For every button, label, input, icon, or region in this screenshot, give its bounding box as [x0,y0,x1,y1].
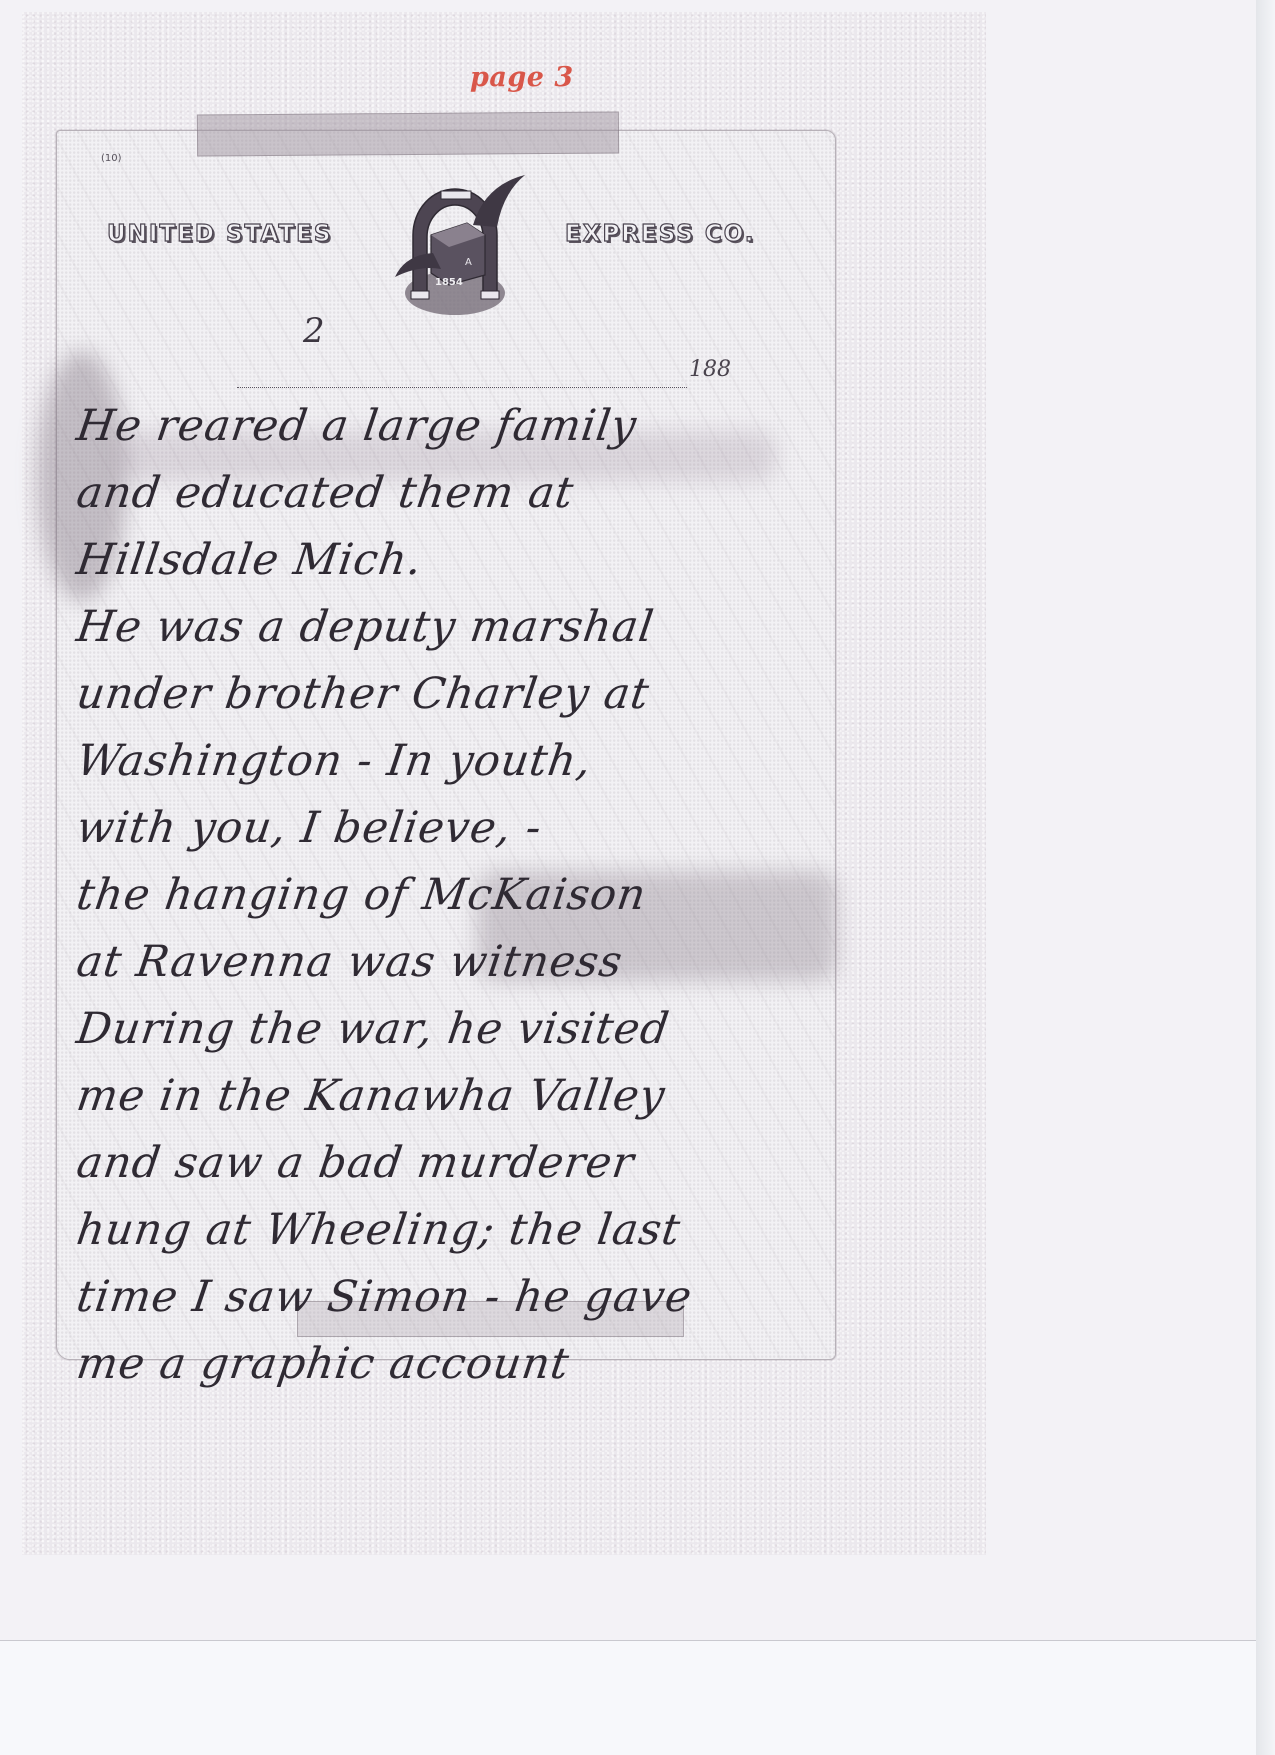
svg-text:A: A [465,257,472,268]
handwritten-line: During the war, he visited [72,996,821,1063]
letterhead-right: EXPRESS CO. [565,221,756,247]
photocopy-area: page 3 (10) UNITED STATES A [22,12,986,1555]
handwritten-line: hung at Wheeling; the last [72,1197,821,1264]
tape-strip-top [197,112,619,157]
scanner-edge [1256,0,1275,1755]
date-year-prefix: 188 [689,357,731,382]
letterhead-left: UNITED STATES [107,221,332,247]
form-number: (10) [101,153,122,164]
scanned-sheet: page 3 (10) UNITED STATES A [0,0,1257,1641]
emblem-year: 1854 [435,277,463,288]
letter-page-number: 2 [303,311,325,351]
handwritten-line: under brother Charley at [72,661,821,728]
handwritten-line: at Ravenna was witness [72,929,821,996]
handwritten-line: Washington - In youth, [72,728,821,795]
handwritten-line: time I saw Simon - he gave [72,1264,821,1331]
handwritten-line: the hanging of McKaison [72,862,821,929]
horseshoe-eagle-emblem-icon: A [375,165,535,325]
date-line [237,387,687,388]
handwritten-line: He was a deputy marshal [72,594,821,661]
handwritten-line: and saw a bad murderer [72,1130,821,1197]
page-label: page 3 [470,62,574,93]
handwritten-line: and educated them at [72,460,821,527]
handwritten-line: me a graphic account [72,1331,821,1398]
handwritten-line: me in the Kanawha Valley [72,1063,821,1130]
handwritten-letter: (10) UNITED STATES A 1854 EXPRESS CO. [56,130,836,1360]
letter-body: He reared a large family and educated th… [77,393,817,1398]
handwritten-line: with you, I believe, - [72,795,821,862]
handwritten-line: He reared a large family [72,393,821,460]
handwritten-line: Hillsdale Mich. [72,527,821,594]
